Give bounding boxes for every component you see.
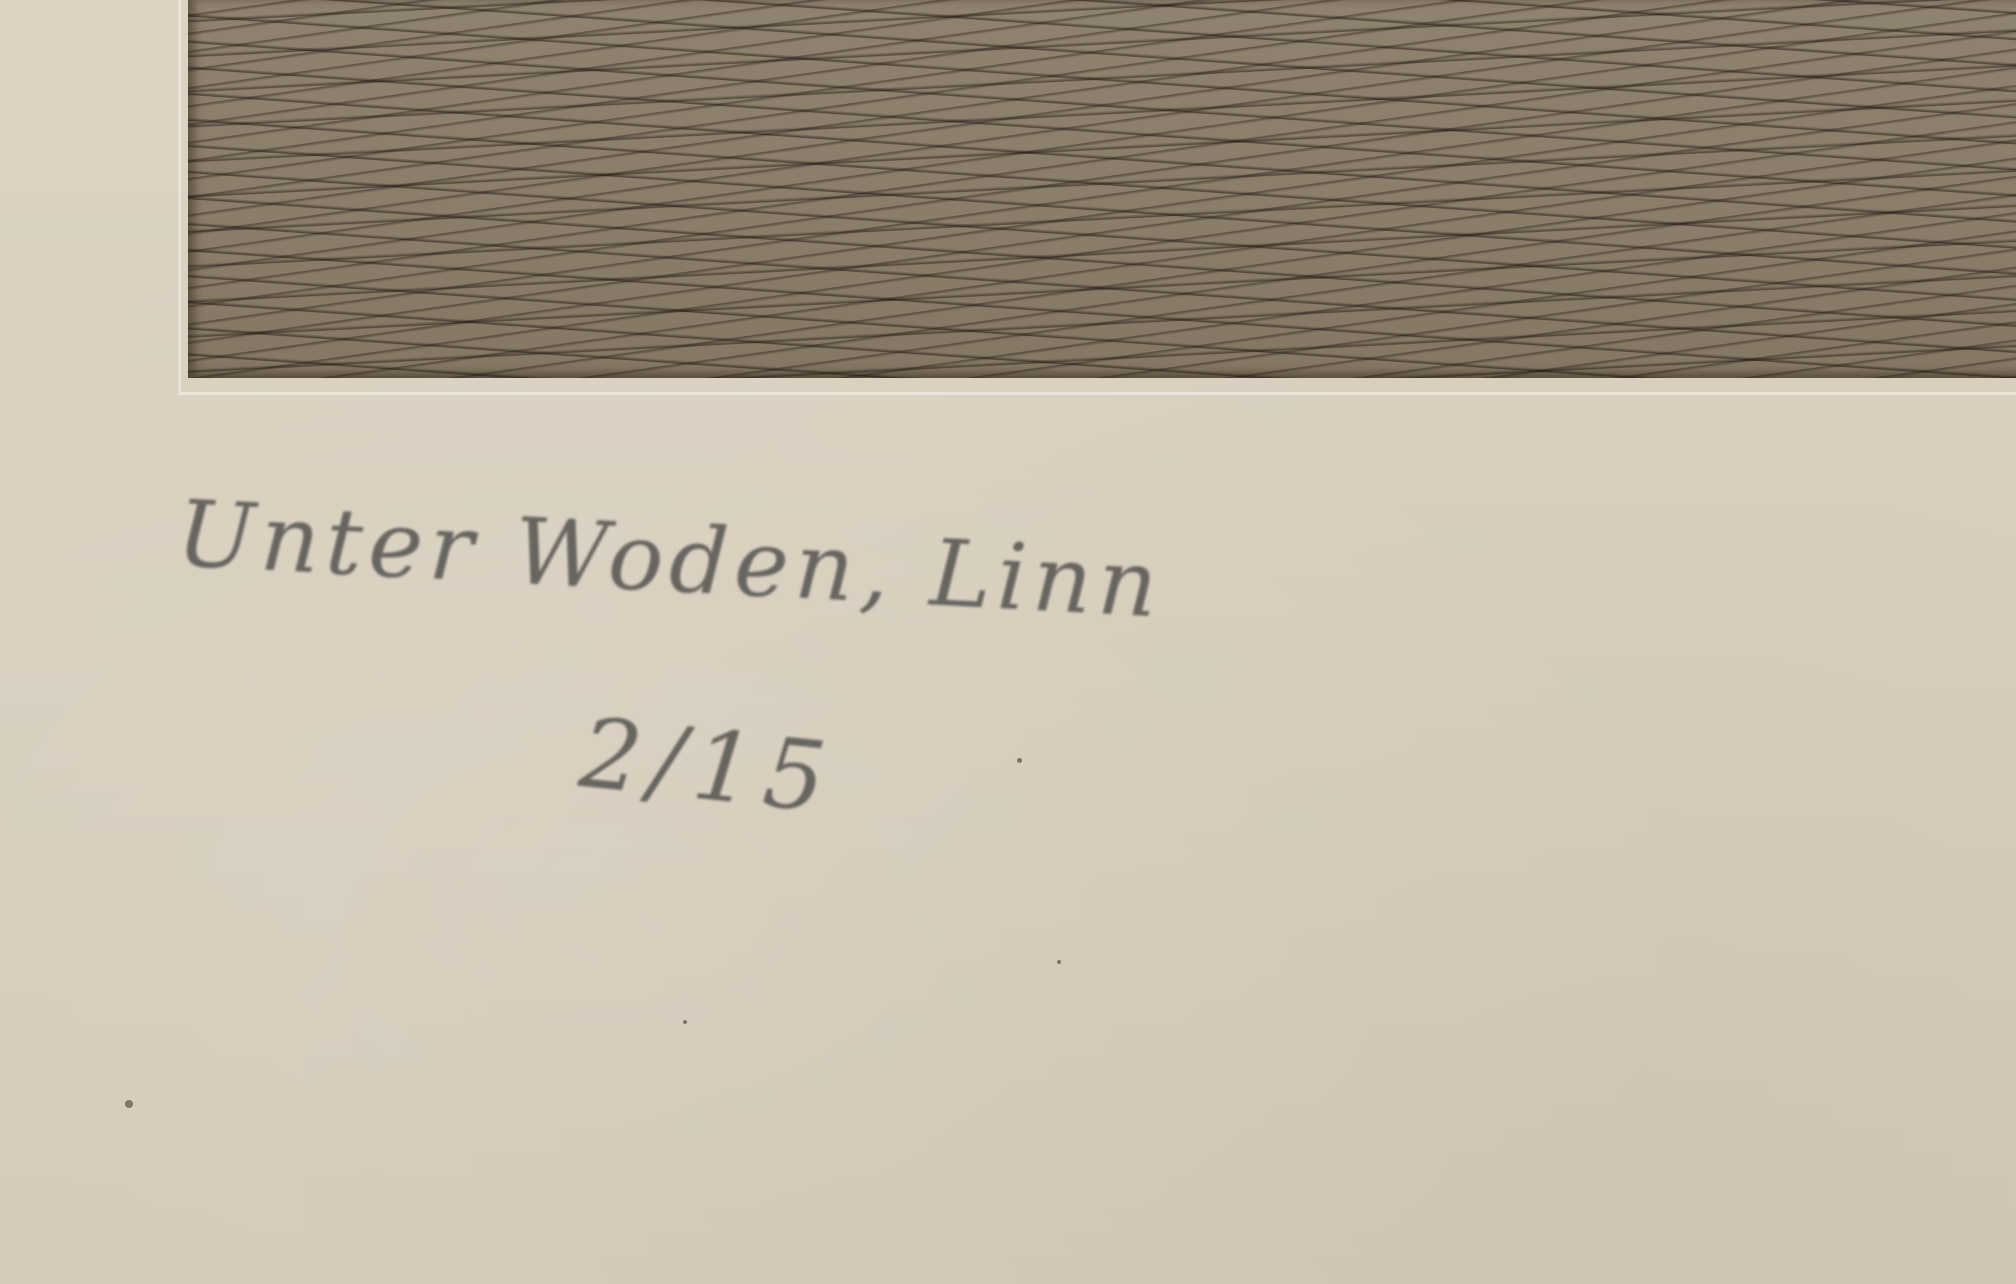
paper-foxing-speck (125, 1100, 133, 1108)
etched-plate-image (188, 0, 2016, 378)
paper-foxing-speck (683, 1020, 687, 1024)
paper-foxing-speck (1017, 758, 1022, 763)
paper-foxing-speck (1057, 960, 1061, 964)
